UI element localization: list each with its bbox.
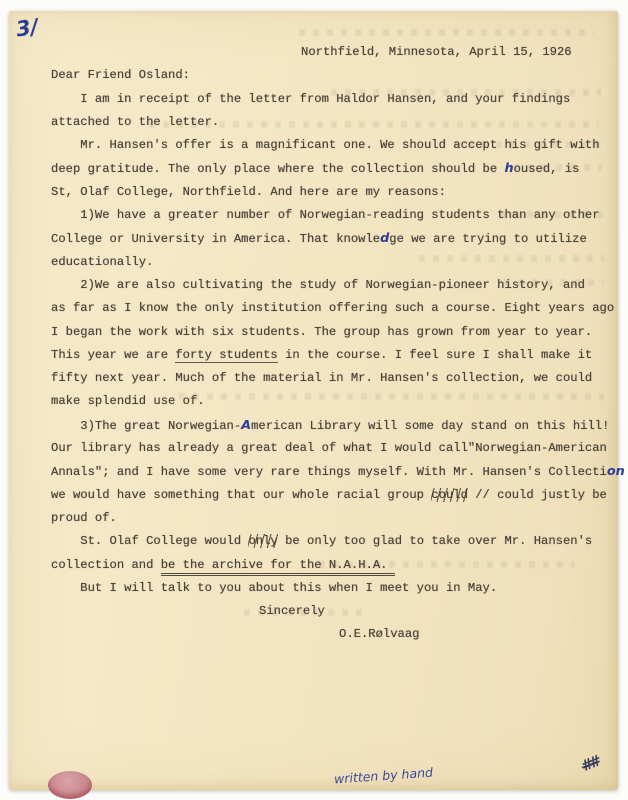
letter-line: Mr. Hansen's offer is a magnificant one.…: [51, 134, 626, 157]
typed-text: I began the work with six students. The …: [51, 325, 592, 339]
letter-line: attached to the letter.: [51, 111, 626, 134]
letter-line: St, Olaf College, Northfield. And here a…: [51, 181, 626, 204]
typed-text: Northfield, Minnesota, April 15, 1926: [301, 45, 572, 59]
letter-line: Our library has already a great deal of …: [51, 437, 626, 460]
typed-text: attached to the letter.: [51, 115, 219, 129]
letter-line: educationally.: [51, 251, 626, 274]
typed-text: 2)We are also cultivating the study of N…: [51, 278, 585, 292]
letter-line: I began the work with six students. The …: [51, 321, 626, 344]
typed-text: // could justly be: [468, 488, 607, 502]
letter-line: 1)We have a greater number of Norwegian-…: [51, 204, 626, 227]
scanned-letter-page: Northfield, Minnesota, April 15, 1926Dea…: [0, 0, 628, 800]
letter-line: 2)We are also cultivating the study of N…: [51, 274, 626, 297]
letter-line: collection and be the archive for the N.…: [51, 554, 626, 577]
letter-line: fifty next year. Much of the material in…: [51, 367, 626, 390]
typed-text: oused, is: [514, 162, 580, 176]
letter-line: proud of.: [51, 507, 626, 530]
typed-text: merican Library will some day stand on t…: [251, 419, 609, 433]
letter-line: we would have something that our whole r…: [51, 484, 626, 507]
typed-text: Mr. Hansen's offer is a magnificant one.…: [51, 138, 600, 152]
typed-text: ge we are trying to utilize: [389, 232, 586, 246]
typed-text: Sincerely: [259, 604, 325, 618]
typed-text: make splendid use of.: [51, 394, 205, 408]
typed-text: be only too glad to take over Mr. Hansen…: [278, 534, 593, 548]
letter-line: This year we are forty students in the c…: [51, 344, 626, 367]
letter-line: I am in receipt of the letter from Haldo…: [51, 88, 626, 111]
handwritten-correction: A: [241, 418, 251, 433]
letter-line: Dear Friend Osland:: [51, 64, 626, 87]
paper-stain: [48, 771, 92, 799]
letter-line: Sincerely: [51, 600, 626, 623]
typed-text: O.E.Rølvaag: [339, 627, 419, 641]
typed-text: as far as I know the only institution of…: [51, 301, 614, 315]
handwritten-correction: h: [504, 161, 513, 176]
letter-line: deep gratitude. The only place where the…: [51, 157, 626, 180]
typed-text: collection and: [51, 558, 161, 572]
ghost-text: [299, 29, 594, 36]
typed-text: we would have something that our whole r…: [51, 488, 431, 502]
typed-text: Annals"; and I have some very rare thing…: [51, 465, 607, 479]
handwritten-correction: on: [607, 464, 625, 479]
typed-text: St, Olaf College, Northfield. And here a…: [51, 185, 446, 199]
typed-text: only: [248, 534, 277, 548]
typed-text: 1)We have a greater number of Norwegian-…: [51, 208, 600, 222]
typed-text: This year we are: [51, 348, 175, 362]
letter-line: Northfield, Minnesota, April 15, 1926: [51, 41, 626, 64]
typed-text: 3)The great Norwegian-: [51, 419, 241, 433]
typed-text: College or University in America. That k…: [51, 232, 380, 246]
letter-line: as far as I know the only institution of…: [51, 297, 626, 320]
typed-text: proud of.: [51, 511, 117, 525]
typed-text: in the course. I feel sure I shall make …: [278, 348, 593, 362]
letter-line: Annals"; and I have some very rare thing…: [51, 460, 626, 483]
typed-text: educationally.: [51, 255, 153, 269]
letter-line: O.E.Rølvaag: [51, 623, 626, 646]
letter-body: Northfield, Minnesota, April 15, 1926Dea…: [51, 41, 626, 647]
letter-line: St. Olaf College would only be only too …: [51, 530, 626, 553]
typed-text: deep gratitude. The only place where the…: [51, 162, 504, 176]
typed-text: be the archive for the N.A.H.A.: [161, 558, 395, 576]
typed-text: Dear Friend Osland:: [51, 68, 190, 82]
typed-text: But I will talk to you about this when I…: [51, 581, 497, 595]
typed-text: Our library has already a great deal of …: [51, 441, 607, 455]
handwritten-correction: d: [380, 231, 389, 246]
typed-text: fifty next year. Much of the material in…: [51, 371, 592, 385]
typed-text: St. Olaf College would: [51, 534, 248, 548]
letter-line: 3)The great Norwegian-American Library w…: [51, 414, 626, 437]
typed-text: forty students: [175, 348, 277, 363]
typed-text: could: [431, 488, 468, 502]
letter-line: make splendid use of.: [51, 390, 626, 413]
letter-line: But I will talk to you about this when I…: [51, 577, 626, 600]
letter-paper: Northfield, Minnesota, April 15, 1926Dea…: [9, 11, 618, 790]
typed-text: I am in receipt of the letter from Haldo…: [51, 92, 570, 106]
letter-line: College or University in America. That k…: [51, 227, 626, 250]
handwritten-page-number: 3/: [14, 14, 40, 41]
